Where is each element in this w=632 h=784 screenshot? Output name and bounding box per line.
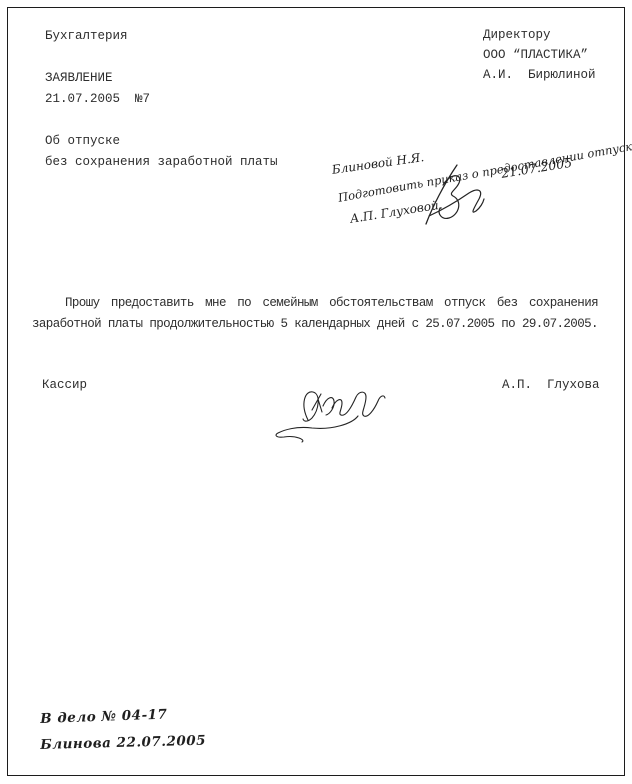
addressee-name: А.И. Бирюлиной — [483, 68, 596, 83]
resolution-signature — [412, 158, 494, 234]
subject-line-2: без сохранения заработной платы — [45, 155, 278, 170]
signer-name: А.П. Глухова — [502, 378, 600, 393]
body-text-line-1: Прошу предоставить мне по семейным обсто… — [32, 295, 598, 311]
department-label: Бухгалтерия — [45, 29, 128, 44]
doc-type-title: ЗАЯВЛЕНИЕ — [45, 71, 113, 86]
document-page: Бухгалтерия ЗАЯВЛЕНИЕ 21.07.2005 №7 Об о… — [0, 0, 632, 784]
body-text-line-2: заработной платы продолжительностью 5 ка… — [32, 316, 598, 332]
signer-position: Кассир — [42, 378, 87, 393]
addressee-title: Директору — [483, 28, 551, 43]
subject-line-1: Об отпуске — [45, 134, 120, 149]
doc-date-number: 21.07.2005 №7 — [45, 92, 150, 107]
addressee-company: ООО “ПЛАСТИКА” — [483, 48, 588, 63]
cashier-signature — [272, 384, 394, 444]
